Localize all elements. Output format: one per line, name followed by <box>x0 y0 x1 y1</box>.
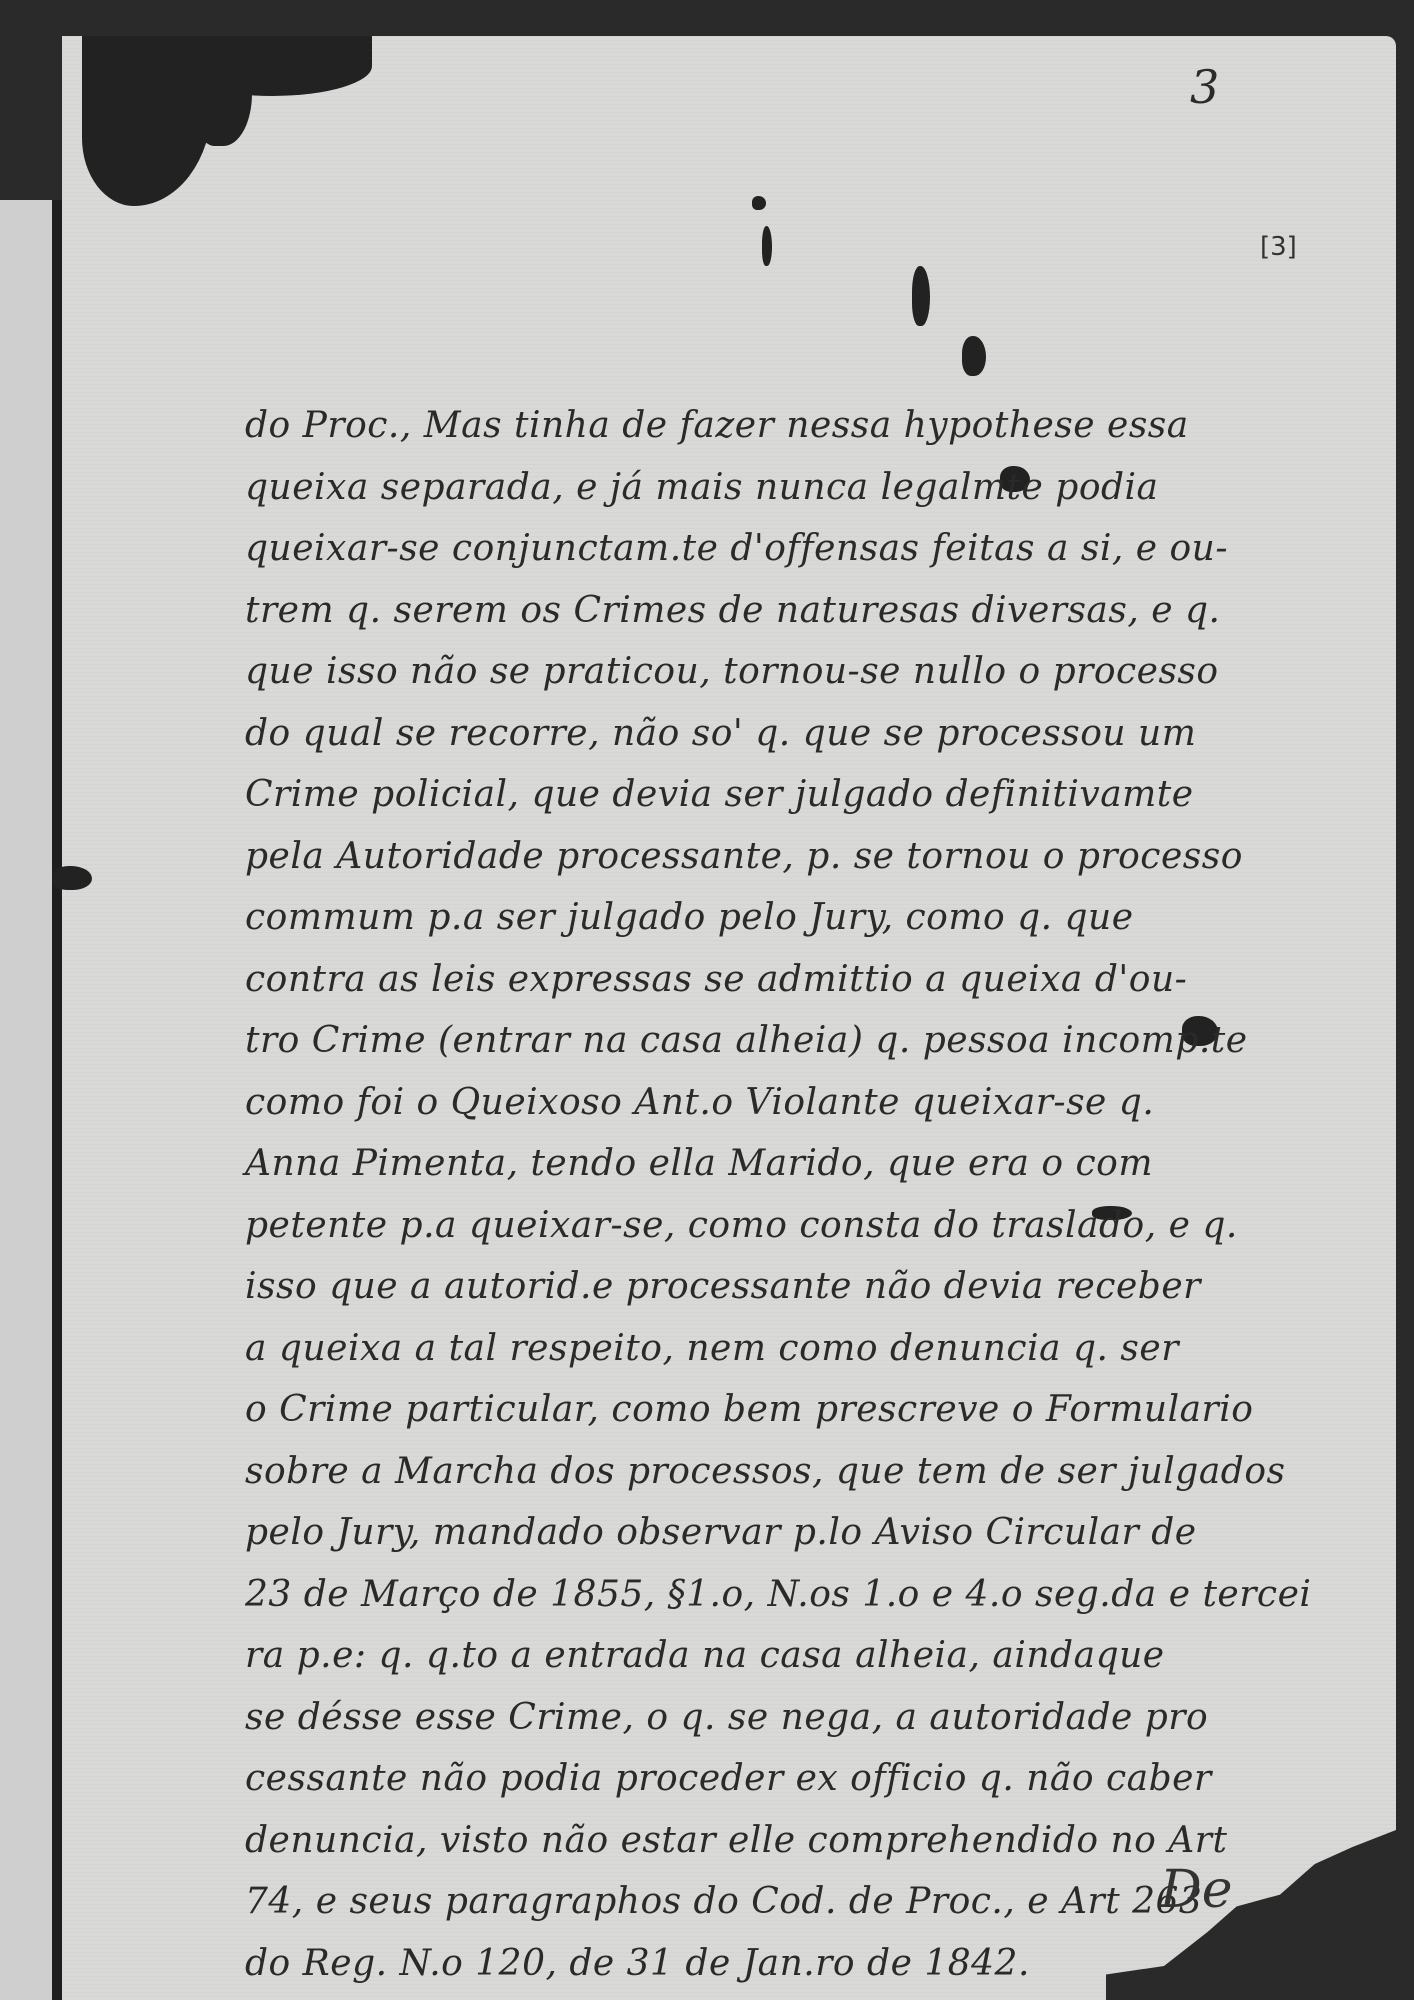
ink-stain <box>192 36 252 146</box>
text-line: queixar-se conjunctam.te d'offensas feit… <box>245 518 1375 580</box>
book-binding <box>52 200 62 2000</box>
text-line: 23 de Março de 1855, §1.o, N.os 1.o e 4.… <box>245 1564 1375 1626</box>
text-line: petente p.a queixar-se, como consta do t… <box>245 1195 1375 1257</box>
text-line: Crime policial, que devia ser julgado de… <box>245 764 1375 826</box>
previous-page-edge <box>0 200 52 2000</box>
text-line: cessante não podia proceder ex officio q… <box>245 1748 1375 1810</box>
text-line: Anna Pimenta, tendo ella Marido, que era… <box>245 1133 1375 1195</box>
catchword: De <box>1160 1860 1232 1920</box>
text-line: se désse esse Crime, o q. se nega, a aut… <box>245 1687 1375 1749</box>
ink-stain <box>762 226 772 266</box>
text-line: como foi o Queixoso Ant.o Violante queix… <box>245 1072 1375 1134</box>
text-line: a queixa a tal respeito, nem como denunc… <box>245 1318 1375 1380</box>
text-line: o Crime particular, como bem prescreve o… <box>245 1379 1375 1441</box>
text-line: trem q. serem os Crimes de naturesas div… <box>245 580 1375 642</box>
text-line: ra p.e: q. q.to a entrada na casa alheia… <box>245 1625 1375 1687</box>
text-line: do Reg. N.o 120, de 31 de Jan.ro de 1842… <box>245 1933 1375 1995</box>
text-line: do qual se recorre, não so' q. que se pr… <box>245 703 1375 765</box>
ink-stain <box>52 866 92 890</box>
archive-page-number: [3] <box>1260 232 1297 262</box>
handwritten-text-block: do Proc., Mas tinha de fazer nessa hypot… <box>245 395 1375 1994</box>
text-line: sobre a Marcha dos processos, que tem de… <box>245 1441 1375 1503</box>
ink-stain <box>962 336 986 376</box>
folio-number: 3 <box>1190 60 1219 114</box>
text-line: do Proc., Mas tinha de fazer nessa hypot… <box>245 395 1375 457</box>
ink-stain <box>752 196 766 210</box>
ink-stain <box>912 266 930 326</box>
text-line: pela Autoridade processante, p. se torno… <box>245 826 1375 888</box>
text-line: queixa separada, e já mais nunca legalmt… <box>245 457 1375 519</box>
text-line: commum p.a ser julgado pelo Jury, como q… <box>245 887 1375 949</box>
text-line: pelo Jury, mandado observar p.lo Aviso C… <box>245 1502 1375 1564</box>
text-line: que isso não se praticou, tornou-se null… <box>245 641 1375 703</box>
text-line: contra as leis expressas se admittio a q… <box>245 949 1375 1011</box>
text-line: isso que a autorid.e processante não dev… <box>245 1256 1375 1318</box>
text-line: tro Crime (entrar na casa alheia) q. pes… <box>245 1010 1375 1072</box>
